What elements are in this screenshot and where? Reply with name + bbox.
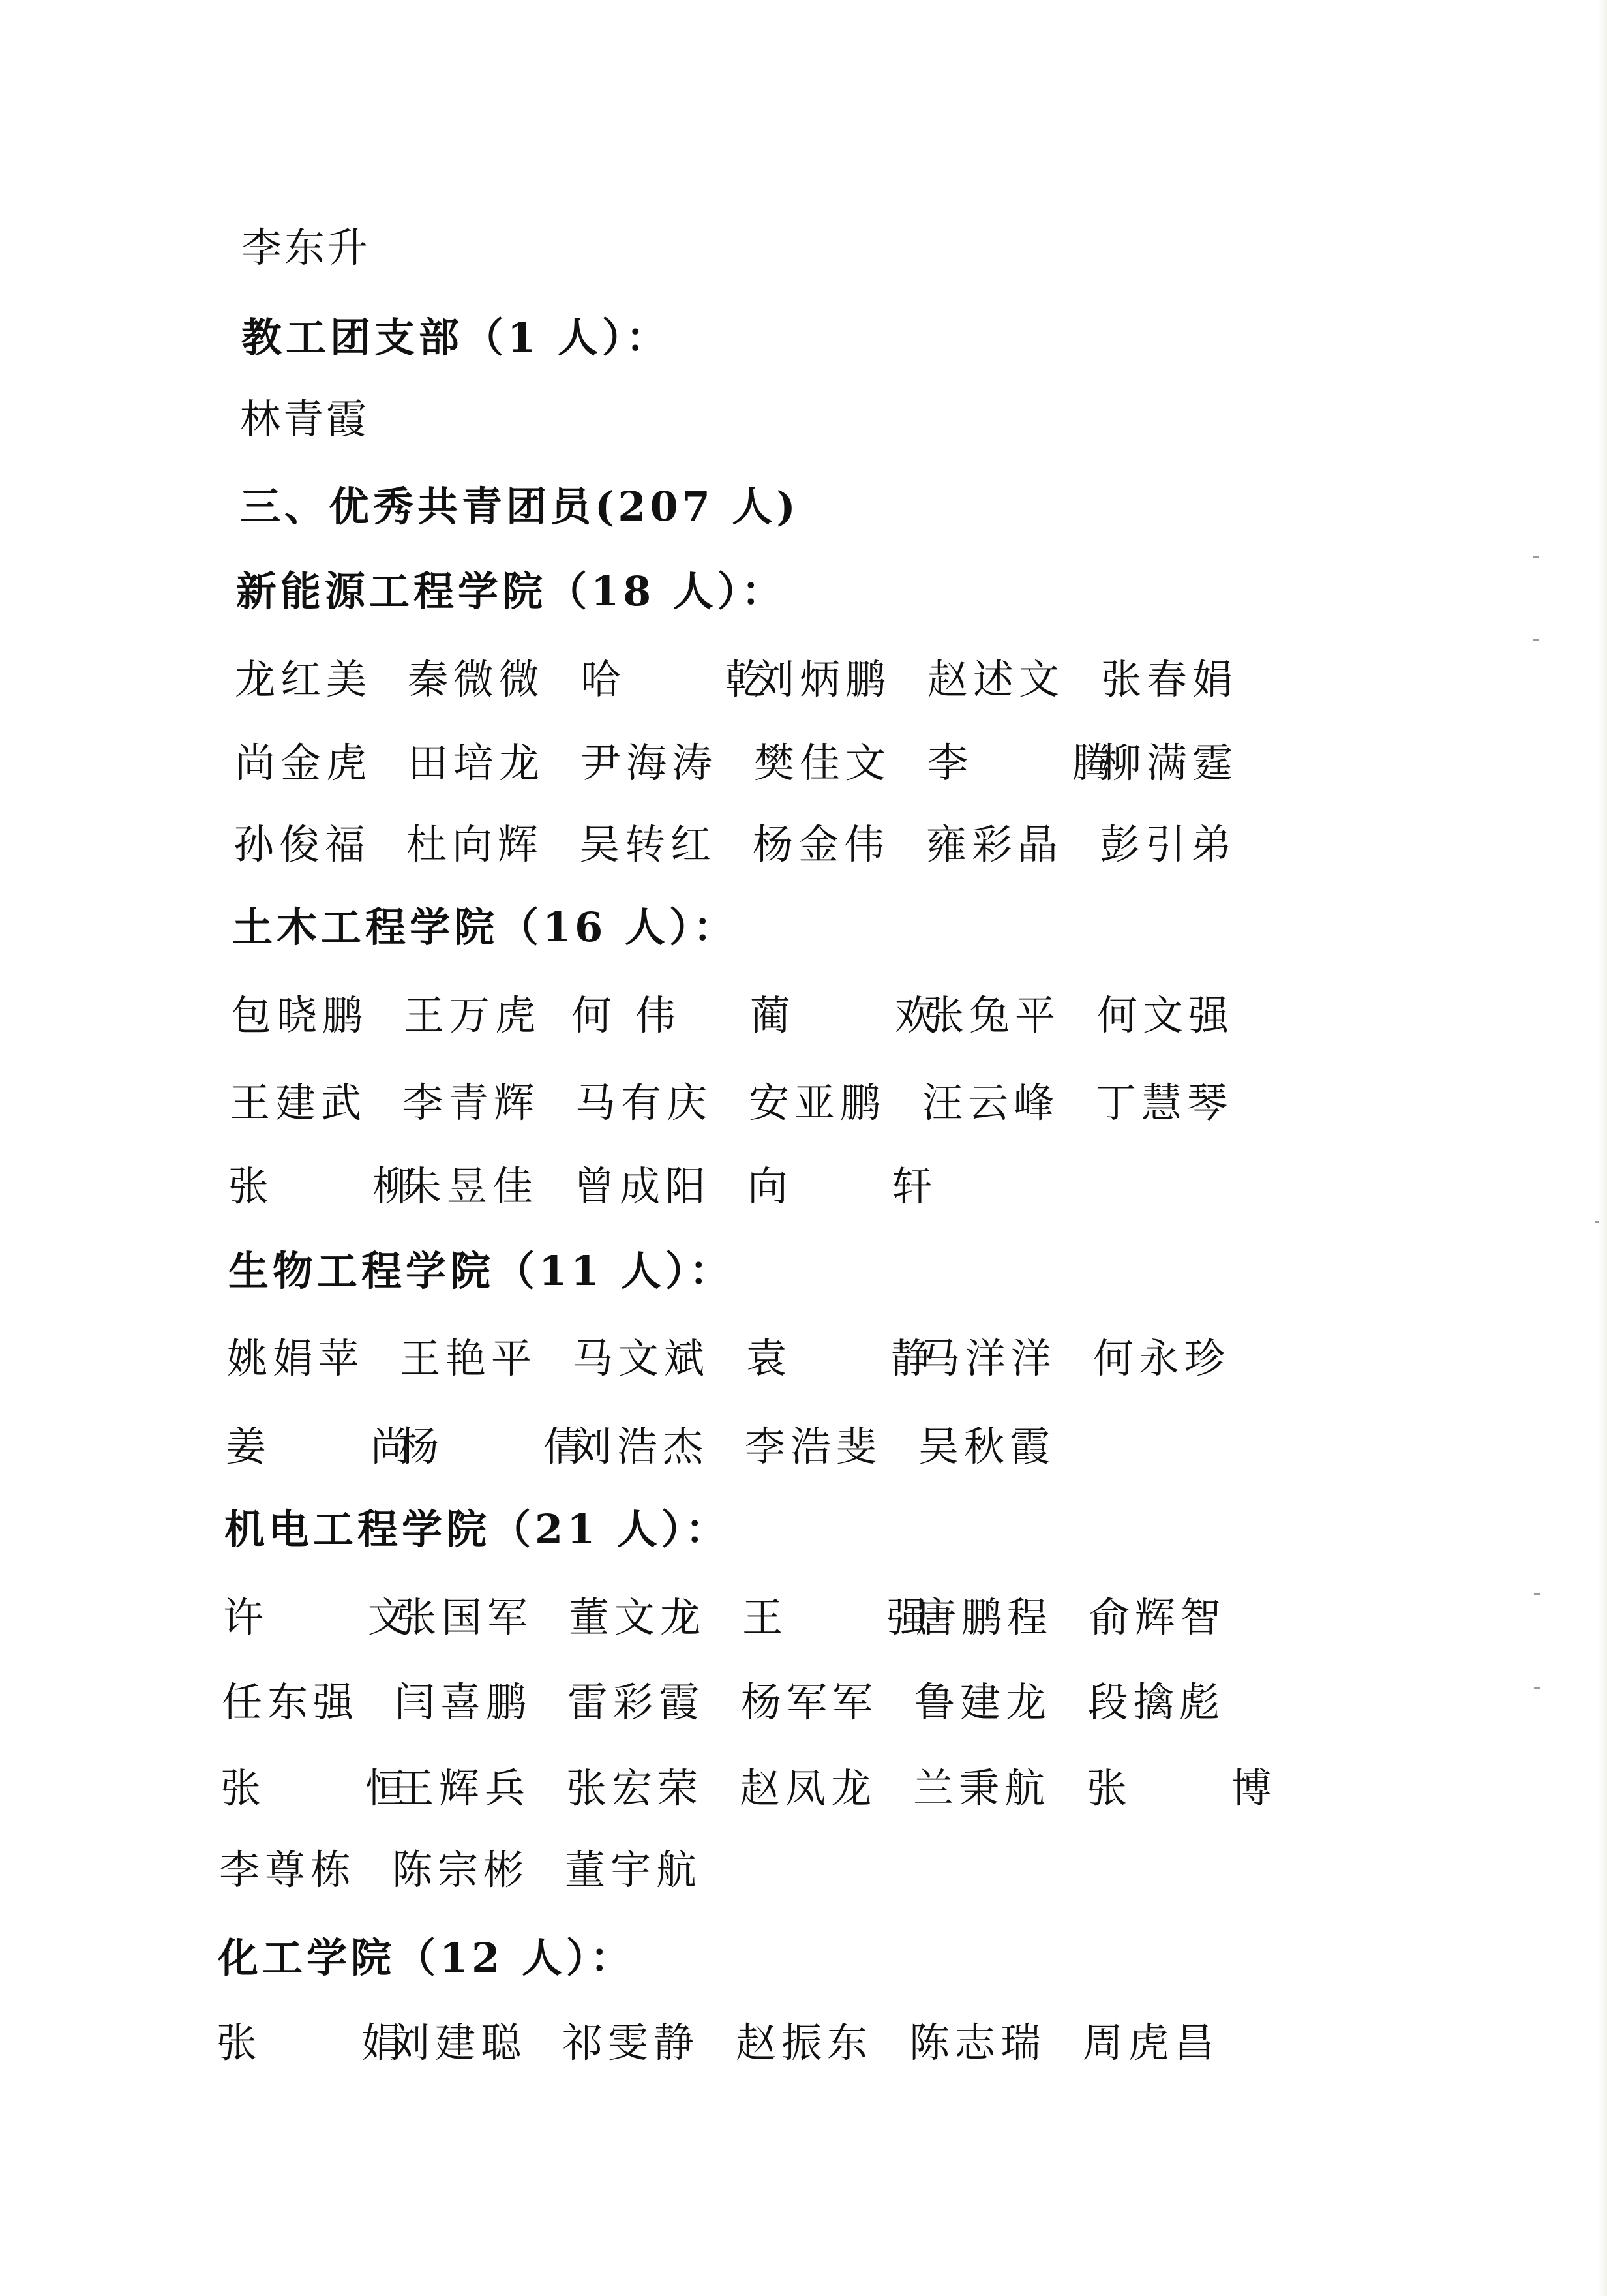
college-heading-bio: 生物工程学院（11 人）： [228, 1245, 734, 1297]
college-heading-new-energy: 新能源工程学院（18 人）： [236, 566, 786, 618]
student-name: 吴转红 [579, 819, 716, 871]
scan-edge-shadow [1598, 0, 1607, 2296]
student-name: 闫喜鹏 [395, 1676, 532, 1729]
student-name: 雷彩霞 [567, 1676, 704, 1729]
student-name: 董宇航 [565, 1844, 702, 1896]
student-name: 杨金伟 [753, 819, 890, 871]
student-name: 王建武 [230, 1077, 367, 1129]
student-name: 包晓鹏 [231, 989, 368, 1042]
name-row: 姚娟苹 王艳平 马文斌 袁 静 马洋洋 何永珍 [227, 1333, 1336, 1385]
student-name: 何永珍 [1093, 1333, 1230, 1385]
name-row: 尚金虎 田培龙 尹海涛 樊佳文 李 腾 柳满霆 [235, 737, 1344, 789]
student-name: 赵述文 [927, 654, 1064, 706]
name-row: 张 娟 刘建聪 祁雯静 赵振东 陈志瑞 周虎昌 [217, 2017, 1325, 2069]
student-name: 马洋洋 [920, 1333, 1057, 1385]
student-name: 尹海涛 [580, 737, 717, 789]
student-name: 刘炳鹏 [754, 654, 891, 706]
student-name: 秦微微 [408, 654, 545, 706]
student-name: 陈志瑞 [909, 2017, 1046, 2069]
student-name: 姚娟苹 [227, 1333, 364, 1385]
college-heading-civil: 土木工程学院（16 人）： [232, 901, 738, 954]
student-name: 雍彩晶 [926, 819, 1063, 871]
student-name: 朱昱佳 [401, 1160, 538, 1213]
student-name: 柳满霆 [1101, 737, 1238, 789]
name-row: 龙红美 秦微微 哈 乾 刘炳鹏 赵述文 张春娟 [235, 654, 1344, 706]
student-name: 赵振东 [736, 2017, 873, 2069]
name-row: 许 文 张国军 董文龙 王 强 唐鹏程 俞辉智 [223, 1592, 1332, 1644]
student-name: 田培龙 [408, 737, 545, 789]
student-name: 刘建聪 [389, 2017, 526, 2069]
student-name: 何 伟 [571, 989, 681, 1042]
student-name: 王万虎 [404, 989, 541, 1042]
student-name: 张春娟 [1101, 654, 1238, 706]
student-name: 彭引弟 [1100, 819, 1237, 871]
student-name: 马有庆 [575, 1077, 712, 1129]
student-name: 鲁建龙 [914, 1676, 1051, 1729]
staff-branch-heading: 教工团支部（1 人）： [241, 312, 670, 364]
scan-mark [1533, 556, 1539, 558]
student-name: 樊佳文 [754, 737, 891, 789]
scan-mark [1595, 1221, 1599, 1223]
student-name: 李青辉 [402, 1077, 539, 1129]
college-heading-mechatronics: 机电工程学院（21 人）： [224, 1503, 730, 1556]
student-name: 祁雯静 [562, 2017, 699, 2069]
student-name: 丁慧琴 [1096, 1077, 1233, 1129]
college-heading-chemical: 化工学院（12 人）： [218, 1932, 635, 1984]
student-name: 马文斌 [573, 1333, 710, 1385]
student-name: 王辉兵 [393, 1762, 530, 1815]
continuation-name: 李东升 [241, 222, 370, 274]
student-name: 王艳平 [400, 1333, 537, 1385]
student-name: 任东强 [222, 1676, 359, 1729]
student-name: 曾成阳 [574, 1160, 711, 1213]
name-row: 张 恒 王辉兵 张宏荣 赵凤龙 兰秉航 张 博 [220, 1762, 1329, 1815]
name-row: 李尊栋 陈宗彬 董宇航 [219, 1844, 1328, 1896]
name-row: 任东强 闫喜鹏 雷彩霞 杨军军 鲁建龙 段擒彪 [222, 1676, 1330, 1729]
student-name: 尚金虎 [235, 737, 372, 789]
student-name: 刘浩杰 [571, 1421, 708, 1473]
student-name: 董文龙 [569, 1592, 706, 1644]
student-name: 安亚鹏 [749, 1077, 886, 1129]
student-name: 张 博 [1087, 1762, 1317, 1815]
name-row: 张 柳 朱昱佳 曾成阳 向 轩 [228, 1160, 1337, 1213]
student-name: 唐鹏程 [916, 1592, 1053, 1644]
name-row: 王建武 李青辉 马有庆 安亚鹏 汪云峰 丁慧琴 [230, 1077, 1338, 1129]
section-three-heading: 三、优秀共青团员(207 人) [240, 481, 800, 533]
student-name: 张宏荣 [566, 1762, 703, 1815]
name-row: 包晓鹏 王万虎 何 伟 蔺 欢 张兔平 何文强 [231, 989, 1340, 1042]
student-name: 李浩斐 [745, 1421, 882, 1473]
student-name: 孙俊福 [233, 819, 370, 871]
student-name: 龙红美 [235, 654, 372, 706]
student-name: 陈宗彬 [392, 1844, 529, 1896]
student-name: 杜向辉 [406, 819, 543, 871]
student-name: 李尊栋 [219, 1844, 356, 1896]
student-name: 张兔平 [924, 989, 1060, 1042]
staff-branch-name: 林青霞 [240, 393, 369, 446]
scan-mark [1533, 639, 1539, 641]
student-name: 赵凤龙 [740, 1762, 877, 1815]
student-name: 汪云峰 [922, 1077, 1059, 1129]
scan-mark [1534, 1593, 1540, 1595]
student-name: 兰秉航 [913, 1762, 1050, 1815]
student-name: 杨军军 [741, 1676, 878, 1729]
student-name: 何文强 [1097, 989, 1234, 1042]
student-name: 张国军 [396, 1592, 533, 1644]
student-name: 向 轩 [747, 1160, 978, 1213]
student-name: 周虎昌 [1083, 2017, 1220, 2069]
student-name: 俞辉智 [1089, 1592, 1226, 1644]
name-row: 姜 尚 杨 倩 刘浩杰 李浩斐 吴秋霞 [226, 1421, 1334, 1473]
student-name: 吴秋霞 [918, 1421, 1055, 1473]
student-name: 段擒彪 [1088, 1676, 1225, 1729]
name-row: 孙俊福 杜向辉 吴转红 杨金伟 雍彩晶 彭引弟 [233, 819, 1342, 871]
document-page: 李东升 教工团支部（1 人）： 林青霞 三、优秀共青团员(207 人) 新能源工… [0, 0, 1607, 2296]
scan-mark [1534, 1687, 1540, 1689]
